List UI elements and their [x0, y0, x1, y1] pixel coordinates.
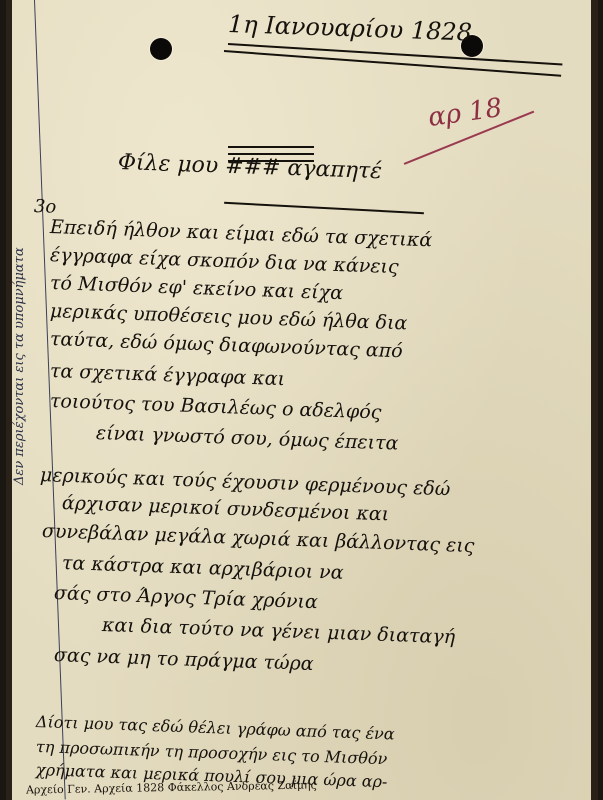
body-line: και δια τούτο να γένει μιαν διαταγή [102, 614, 456, 648]
body-line: συνεβάλαν μεγάλα χωριά και βάλλοντας εις [42, 520, 475, 557]
body-line: τοιούτος του Βασιλέως ο αδελφός [50, 390, 382, 424]
struck-out-word [228, 144, 314, 164]
letter-page: Δεν περιέχονται εις τα υπομνήματα 1η Ιαν… [6, 0, 598, 800]
body-line: ταύτα, εδώ όμως διαφωνούντας από [50, 328, 403, 362]
scan-edge-right [591, 0, 598, 800]
page-number: 3ο [34, 196, 57, 218]
margin-note: Δεν περιέχονται εις τα υπομνήματα [12, 5, 27, 485]
body-line: τα κάστρα και αρχιβάριοι να [62, 552, 344, 584]
body-line: τα σχετικά έγγραφα και [50, 360, 286, 390]
body-line: άρχισαν μερικοί συνδεσμένοι και [62, 492, 390, 525]
body-line: σας να μη το πράγμα τώρα [54, 644, 314, 675]
archive-caption: Αρχείο Γεν. Αρχεία 1828 Φάκελλος Ανδρέας… [26, 778, 317, 796]
date-header: 1η Ιανουαρίου 1828 [228, 10, 473, 47]
body-line: είναι γνωστό σου, όμως έπειτα [96, 422, 399, 455]
body-line: τό Μισθόν εφ' εκείνο και είχα [50, 272, 344, 304]
body-line: σάς στο Άργος Τρία χρόνια [54, 582, 319, 613]
salutation-underline [224, 202, 424, 214]
punch-hole-left [150, 38, 172, 60]
